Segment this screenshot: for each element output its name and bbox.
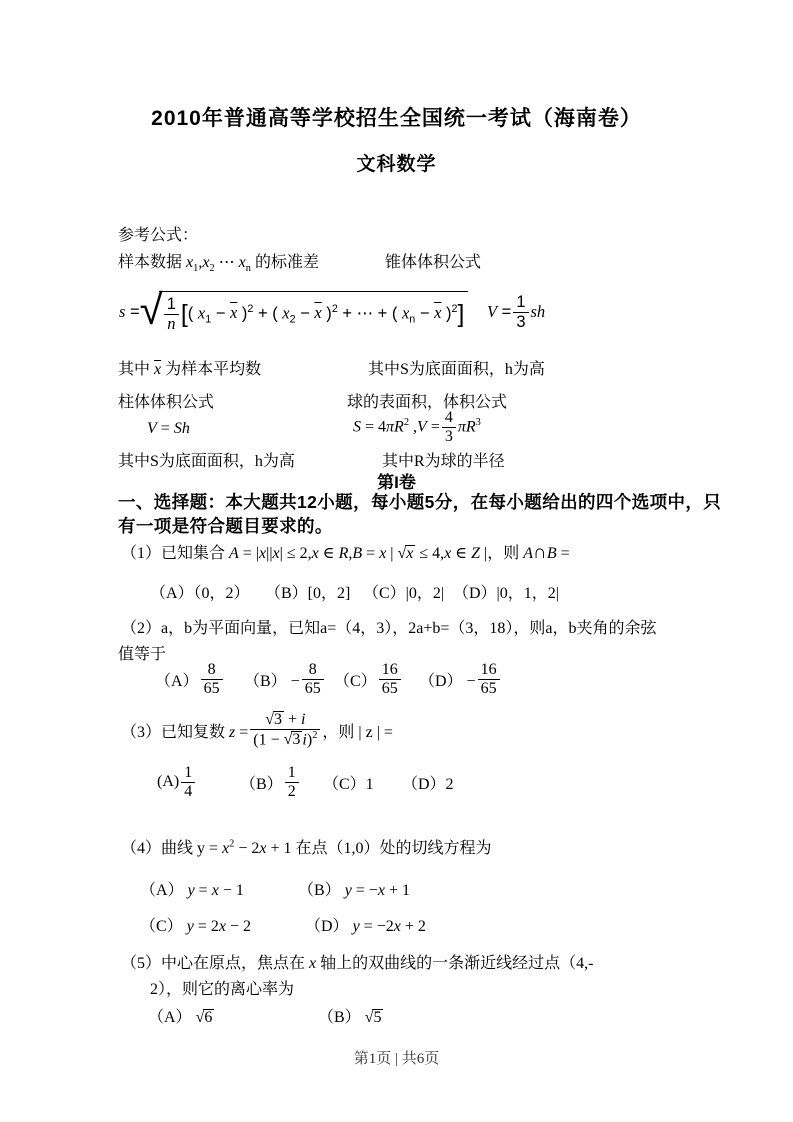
question-2-stem-line-1: （2）a，b为平面向量，已知a=（4，3），2a+b=（3，18），则a，b夹角…	[121, 615, 656, 638]
question-1-option-b: （B）[0，2]	[265, 580, 350, 603]
sphere-formulas: S = 4πR2 ,V = 43πR3	[353, 407, 481, 447]
std-dev-label: 样本数据 x1,x2 ⋯ xn 的标准差	[118, 249, 319, 274]
sample-mean-note: 其中 x 为样本平均数	[118, 356, 261, 379]
question-4-option-b: （B） y = −x + 1	[298, 877, 410, 900]
question-5-option-b: （B） √5	[318, 1004, 383, 1027]
page-footer: 第1页 | 共6页	[0, 1047, 793, 1068]
question-3-option-b: （B） 12	[240, 764, 301, 800]
question-5-option-a: （A） √6	[148, 1004, 214, 1027]
instructions-line-2: 有一项是符合题目要求的。	[118, 514, 333, 538]
exam-subject: 文科数学	[0, 149, 793, 176]
question-3-option-c: （C）1	[323, 764, 374, 800]
question-1-stem: （1）已知集合 A = |x||x| ≤ 2,x ∈ R,B = x | √x …	[121, 540, 570, 564]
question-4-option-d: （D） y = −2x + 2	[305, 913, 426, 936]
question-2-option-d: （D） −1665	[419, 659, 502, 699]
question-1-option-d: （D）|0，1，2|	[453, 580, 559, 603]
exam-title: 2010年普通高等学校招生全国统一考试（海南卷）	[0, 102, 793, 132]
cone-volume-formula: V = 13 sh	[487, 292, 545, 332]
question-2-option-a: （A） 865	[155, 659, 225, 699]
question-3-option-a: (A)14	[157, 764, 197, 800]
question-3-option-d: （D）2	[402, 764, 454, 800]
question-3-stem: （3）已知复数 z = √3 + i(1 − √3i)2，则 | z | =	[121, 706, 393, 754]
cone-note: 其中S为底面面积，h为高	[368, 356, 545, 379]
question-5-stem-line-2: 2），则它的离心率为	[150, 976, 294, 999]
instructions-line-1: 一、选择题：本大题共12小题，每小题5分，在每小题给出的四个选项中，只	[118, 490, 721, 514]
prism-volume-formula: V = Sh	[147, 420, 190, 438]
question-1-option-c: （C）|0，2|	[363, 580, 444, 603]
question-2-option-c: （C） 1665	[334, 659, 403, 699]
exam-paper-page: 2010年普通高等学校招生全国统一考试（海南卷） 文科数学 参考公式： 样本数据…	[0, 0, 793, 1122]
cone-volume-label: 锥体体积公式	[385, 249, 481, 272]
question-4-option-a: （A） y = x − 1	[140, 877, 244, 900]
question-1-option-a: （A）（0，2）	[150, 580, 250, 603]
question-4-stem: （4）曲线 y = x2 − 2x + 1 在点（1,0）处的切线方程为	[121, 835, 492, 858]
prism-volume-label: 柱体体积公式	[118, 389, 214, 412]
std-dev-formula: s = √1n[( x1 − x )2 + ( x2 − x )2 + ⋯ + …	[119, 289, 468, 335]
question-2-option-b: （B） −865	[244, 659, 326, 699]
reference-formulas-heading: 参考公式：	[118, 222, 198, 245]
question-5-stem-line-1: （5）中心在原点，焦点在 x 轴上的双曲线的一条渐近线经过点（4,-	[121, 950, 593, 973]
question-4-option-c: （C） y = 2x − 2	[140, 913, 251, 936]
